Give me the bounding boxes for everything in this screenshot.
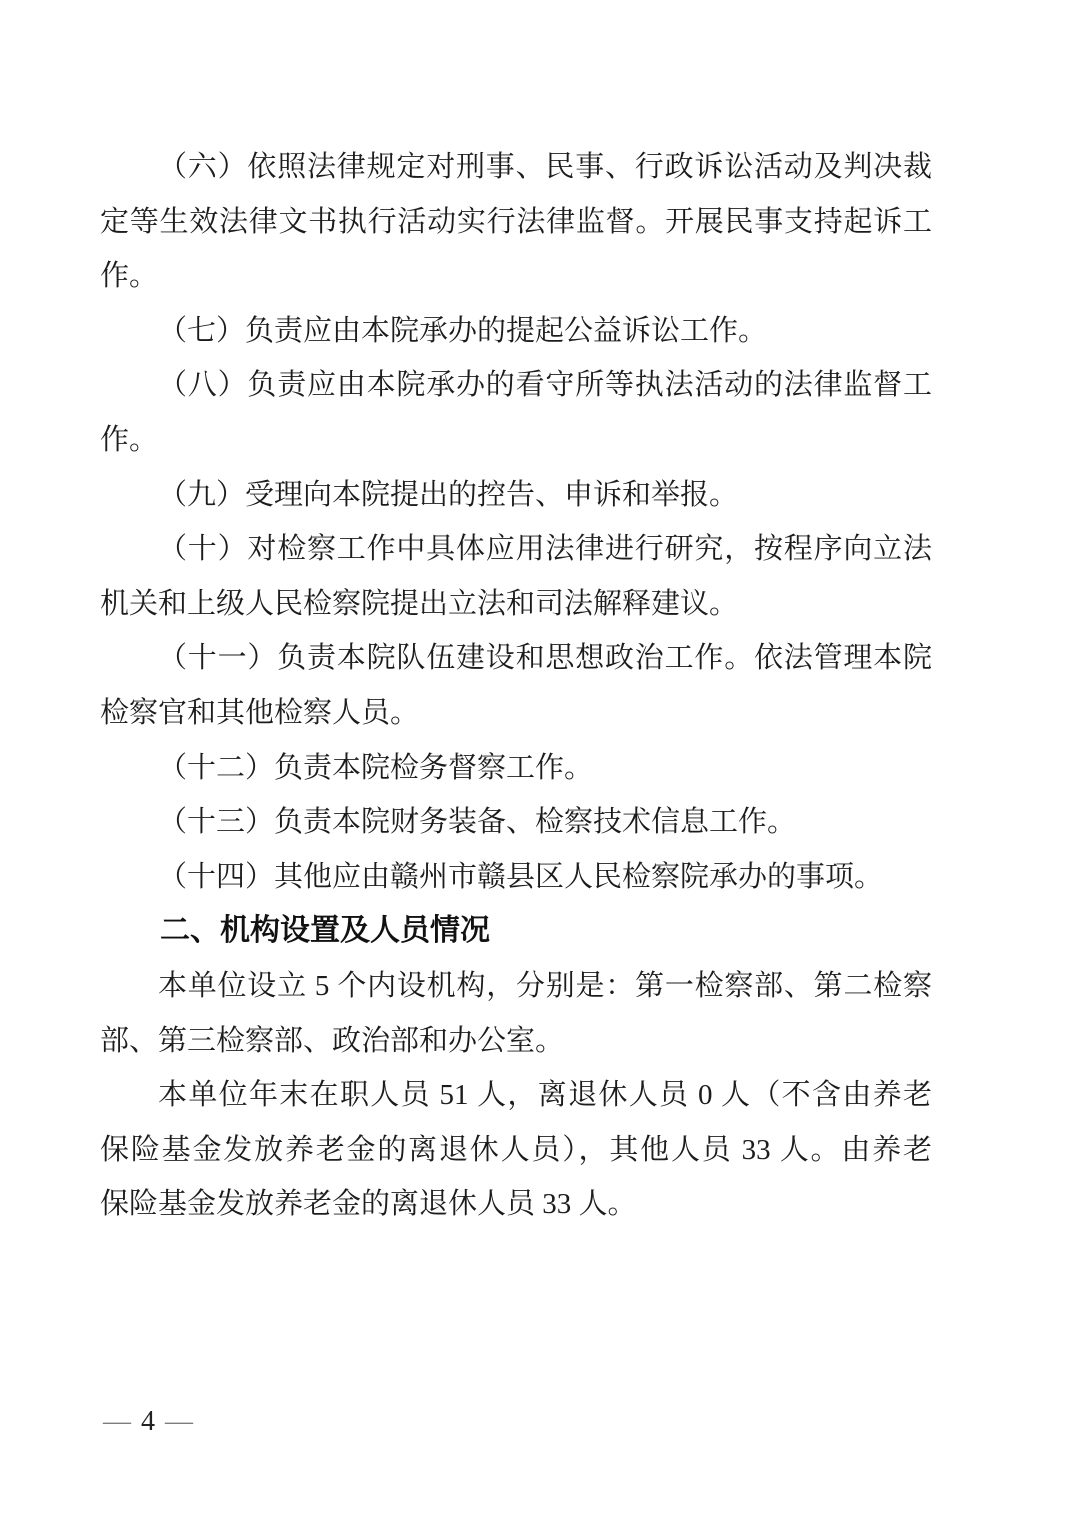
text-line: （十）对检察工作中具体应用法律进行研究，按程序向立法 (100, 522, 932, 577)
page-number: 4 (141, 1406, 155, 1437)
text-line: （十二）负责本院检务督察工作。 (100, 741, 932, 796)
text-line: （十一）负责本院队伍建设和思想政治工作。依法管理本院 (100, 631, 932, 686)
text-line: 保险基金发放养老金的离退休人员），其他人员 33 人。由养老 (100, 1123, 932, 1178)
section-heading: 二、机构设置及人员情况 (100, 904, 932, 959)
text-line: 部、第三检察部、政治部和办公室。 (100, 1014, 932, 1069)
text-line: （十三）负责本院财务装备、检察技术信息工作。 (100, 795, 932, 850)
text-line: （十四）其他应由赣州市赣县区人民检察院承办的事项。 (100, 850, 932, 905)
text-line: 本单位设立 5 个内设机构，分别是：第一检察部、第二检察 (100, 959, 932, 1014)
document-body: （六）依照法律规定对刑事、民事、行政诉讼活动及判决裁定等生效法律文书执行活动实行… (100, 140, 932, 1232)
text-line: 作。 (100, 249, 932, 304)
text-line: （六）依照法律规定对刑事、民事、行政诉讼活动及判决裁 (100, 140, 932, 195)
document-page: （六）依照法律规定对刑事、民事、行政诉讼活动及判决裁定等生效法律文书执行活动实行… (0, 0, 1074, 1520)
text-line: 机关和上级人民检察院提出立法和司法解释建议。 (100, 577, 932, 632)
text-line: 定等生效法律文书执行活动实行法律监督。开展民事支持起诉工 (100, 195, 932, 250)
footer-dash-left: — (103, 1406, 131, 1437)
text-line: （九）受理向本院提出的控告、申诉和举报。 (100, 468, 932, 523)
text-line: 检察官和其他检察人员。 (100, 686, 932, 741)
text-line: 本单位年末在职人员 51 人，离退休人员 0 人（不含由养老 (100, 1068, 932, 1123)
text-line: 保险基金发放养老金的离退休人员 33 人。 (100, 1177, 932, 1232)
footer-dash-right: — (165, 1406, 193, 1437)
page-footer: —4— (103, 1406, 193, 1438)
text-line: （八）负责应由本院承办的看守所等执法活动的法律监督工 (100, 358, 932, 413)
text-line: 作。 (100, 413, 932, 468)
text-line: （七）负责应由本院承办的提起公益诉讼工作。 (100, 304, 932, 359)
